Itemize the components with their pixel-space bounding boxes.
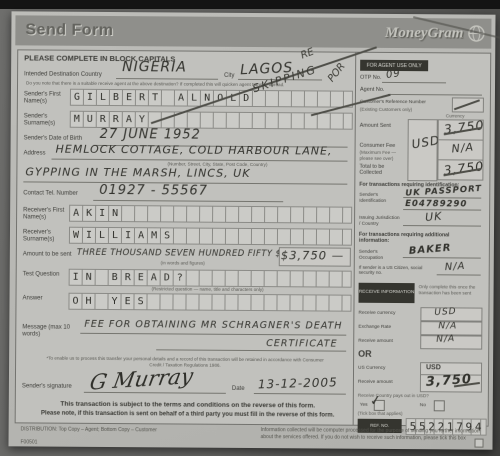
destination-fine-print: Do you note that there is a suitable rec… [26,80,356,88]
issuing-jurisdiction-value: UK [425,210,443,224]
pays-usd-yes-label: Yes [360,403,368,409]
sender-first-name-label: Sender's First Name(s) [24,91,68,105]
additional-info-section-header: For transactions requiring additional in… [359,233,469,246]
column-divider [353,53,357,425]
terms-line2: Please note, if this transaction is sent… [0,410,408,419]
message-label: Message (max 10 words) [22,324,80,338]
sender-signature-value: G Murray [88,364,195,395]
exchange-rate-label: Exchange Rate [358,325,391,331]
issuing-jurisdiction-label: Issuing Jurisdiction / Country [359,216,401,227]
amount-sent-label: Amount Sent [360,123,404,130]
receive-amount-label: Receive amount [358,339,393,345]
us-currency-label: US Currency [358,366,386,372]
message-line2-value: CERTIFICATE [266,338,337,349]
otp-no-label: OTP No. [360,75,381,81]
receive-amount2-value: 3,750 [426,372,473,390]
amount-figures-value: $3,750 — [281,248,345,262]
receive-information-note: Only complete this once the transaction … [419,284,481,295]
sender-dob-value: 27 JUNE 1952 [100,127,201,143]
field-underline [382,82,446,83]
contact-tel-label: Contact Tel. Number [23,190,83,197]
total-collected-label: Total to be Collected [359,164,403,177]
customer-ref-label: Customer's Reference Number [360,100,448,106]
exchange-rate-value: N/A [438,321,457,331]
sender-first-name-field: GILBERT ALNOLD [70,89,353,108]
pays-usd-no-checkbox [434,400,445,411]
message-line1-value: FEE FOR OBTAINING MR SCHRAGNER'S DEATH [84,319,342,332]
sender-id-label: Sender's Identification [359,193,401,204]
receive-currency-label: Receive currency [358,311,395,317]
test-question-caption: (Restricted question — name, title and c… [113,286,303,293]
form-body-panel: PLEASE COMPLETE IN BLOCK CAPITALS Intend… [15,49,492,426]
field-underline [93,200,283,202]
us-currency-value: USD [426,364,441,372]
us-citizen-ssn-label: If sender is a US Citizen, social securi… [359,265,435,276]
distribution-note: DISTRIBUTION: Top Copy – Agent; Bottom C… [21,426,221,434]
form-header-band: Send Form MoneyGram [15,15,491,48]
amount-caption: (in words and figures) [113,260,253,266]
photo-top-border [0,0,500,9]
pays-usd-tick-mark: ✓ [369,392,384,410]
us-citizen-ssn-value: N/A [444,261,465,273]
consumer-fee-sub-label: (Maximum Fee — please see over) [359,150,403,161]
answer-label: Answer [22,295,42,302]
amount-words-value: THREE THOUSAND SEVEN HUNDRED FIFTY $ [77,248,282,259]
receiver-surname-label: Receiver's Surname(s) [23,229,67,243]
destination-city-label: City [224,73,234,80]
sender-surname-label: Sender's Surname(s) [24,113,68,127]
pays-usd-no-label: No [420,403,426,409]
tick-box-note: (Tick box that applies) [358,411,403,417]
receiver-first-name-label: Receiver's First Name(s) [23,207,67,221]
sender-signature-label: Sender's signature [22,383,78,390]
destination-country-value: NIGERIA [122,59,187,75]
receive-amount2-label: Receive amount [358,380,393,386]
consumer-fee-label: Consumer Fee [360,143,404,150]
field-underline [254,393,346,395]
address-line2-value: GYPPING IN THE MARSH, LINCS, UK [25,165,250,180]
currency-column-header: Currency [446,113,465,119]
receive-amount-value: N/A [436,334,455,345]
amount-to-send-label: Amount to be sent [23,251,75,258]
test-question-label: Test Question [23,271,67,278]
test-question-field: IN BREAD? [69,269,352,288]
receive-currency-value: USD [434,307,457,318]
form-code: F00501 [20,439,37,446]
receive-information-header: RECEIVE INFORMATION [358,283,414,303]
terms-line1: This transaction is subject to the terms… [0,400,408,410]
field-underline [116,78,218,80]
customer-ref-sub-label: (Existing Customers only) [360,107,412,113]
data-consent-note: Information collected will be computer p… [261,427,483,442]
date-value: 13-12-2005 [258,375,338,391]
field-underline [80,333,346,336]
field-underline [403,257,481,259]
form-title: Send Form [25,21,113,40]
or-label: OR [358,349,372,359]
sender-id-value2: E04789290 [405,199,467,209]
receiver-first-name-field: AKIN [69,205,352,224]
field-underline [437,274,481,275]
sender-occupation-label: Sender's Occupation [359,250,399,261]
moneygram-send-form: Send Form MoneyGram PLEASE COMPLETE IN B… [8,11,495,449]
answer-field: OH YES [68,293,351,312]
contact-tel-value: 01927 - 55567 [99,183,208,199]
field-underline [403,209,481,211]
field-underline [403,225,481,227]
destination-country-label: Intended Destination Country [24,71,102,78]
sender-occupation-value: BAKER [408,243,451,257]
otp-no-value: 09 [385,68,401,81]
address-line1-value: HEMLOCK COTTAGE, COLD HARBOUR LANE, [56,143,333,158]
moneygram-logo-text: MoneyGram [385,25,463,43]
date-label: Date [232,386,245,393]
consent-checkbox [474,439,483,448]
field-underline [388,94,482,96]
receiver-surname-field: WILLIAMS [69,227,352,246]
address-label: Address [24,150,46,157]
field-underline [156,349,346,351]
consumer-fee-value: N/A [451,140,475,155]
agent-no-label: Agent No. [360,87,385,93]
